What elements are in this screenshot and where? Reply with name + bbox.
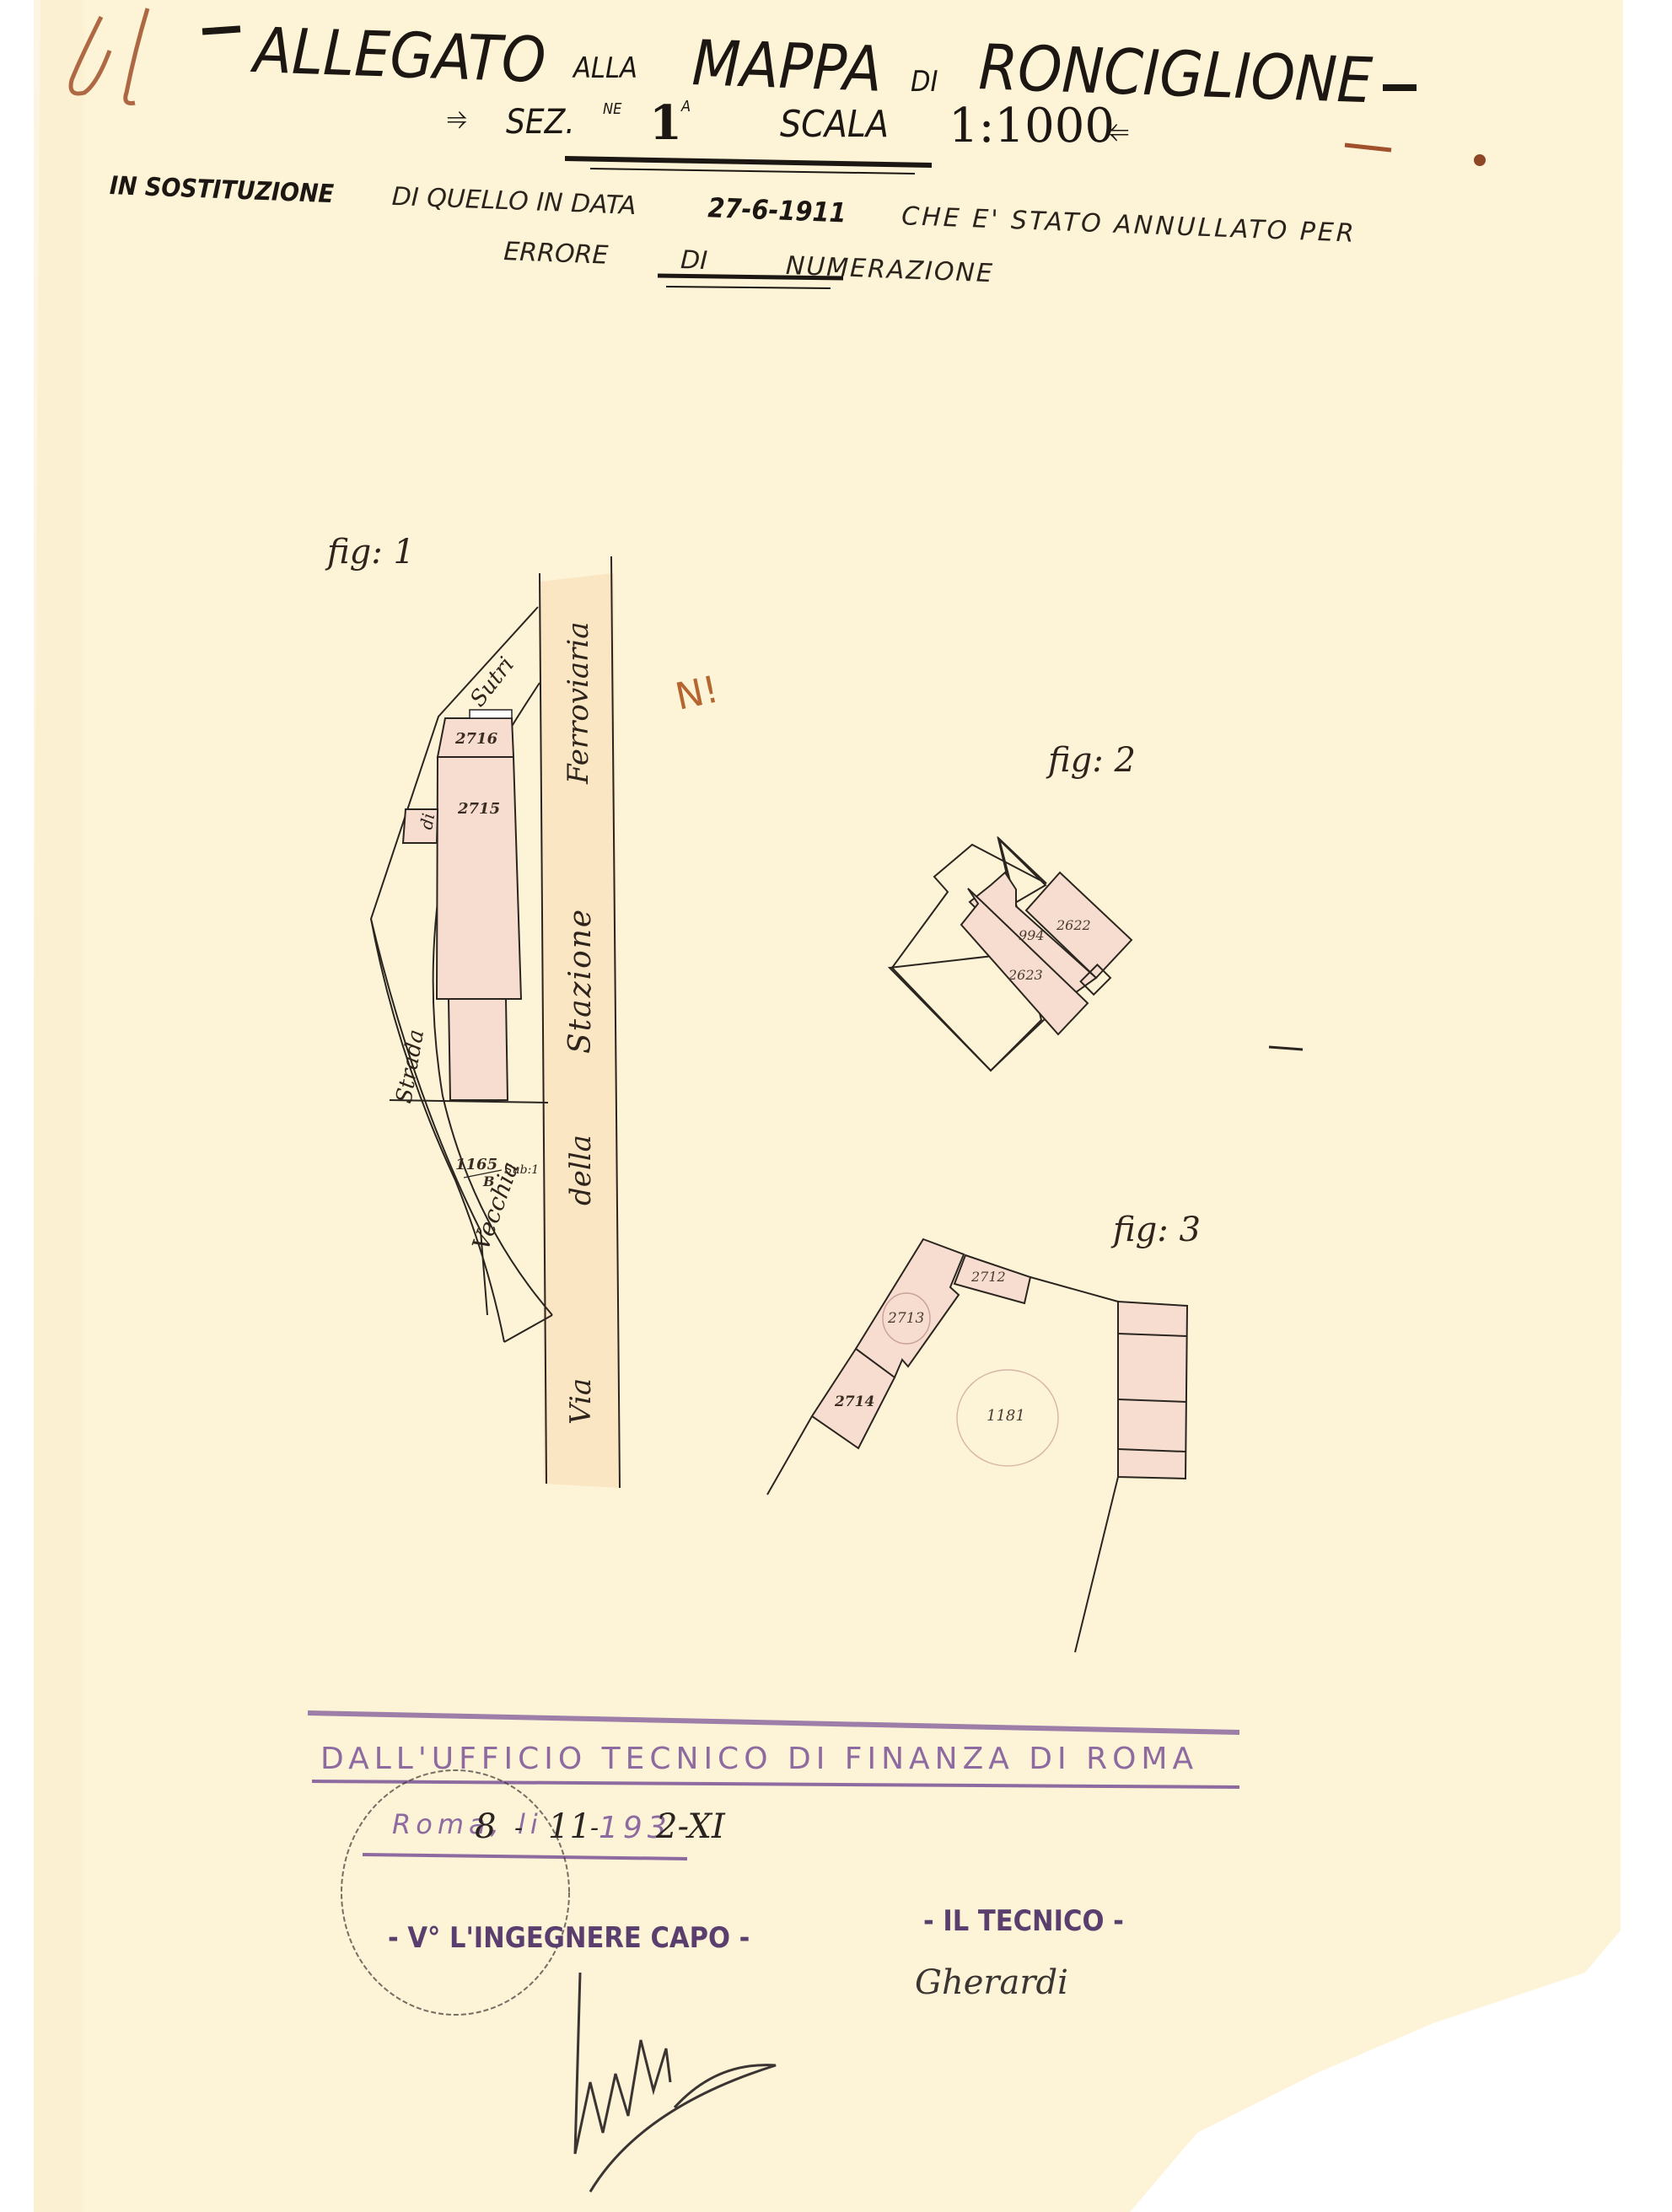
parcel-1181-label: 1181 — [987, 1407, 1025, 1425]
scale-label: SCALA — [780, 103, 889, 146]
stamp-date-day: 8 — [475, 1807, 496, 1846]
stamp-date-sep1: - — [514, 1813, 523, 1843]
stamp-office: DALL'UFFICIO TECNICO DI FINANZA DI ROMA — [320, 1742, 1198, 1776]
parcel-2715-label: 2715 — [457, 800, 500, 818]
section-value-sup: A — [680, 98, 691, 115]
parcel-2622-label: 2622 — [1056, 917, 1091, 933]
title-dash-right — [1383, 84, 1417, 91]
annotation-sub: Sub:1 — [504, 1163, 539, 1177]
title-mappa: MAPPA — [691, 27, 883, 106]
parcel-2716-stair — [470, 710, 512, 718]
technician-signature: Gherardi — [915, 1963, 1068, 2002]
paper-background — [34, 0, 1623, 2212]
margin-mark: N! — [672, 668, 723, 718]
stamp-date-year-typed: 2-XI — [655, 1807, 726, 1846]
stamp-date-sep2: - — [590, 1813, 599, 1843]
stamp-date-month: 11 — [548, 1807, 591, 1846]
chief-engineer-title: - V° L'INGEGNERE CAPO - — [388, 1921, 750, 1955]
title-allegato: ALLEGATO — [249, 14, 546, 97]
figure-2-label: fig: 2 — [1046, 741, 1136, 780]
street-via: Via — [564, 1378, 598, 1425]
figure-1-label: fig: 1 — [325, 533, 415, 572]
annotation-letter: B — [482, 1173, 495, 1189]
note-underline-1 — [658, 276, 843, 278]
parcel-2714-label: 2714 — [834, 1393, 874, 1410]
section-deco-left: ⥤ — [447, 104, 467, 133]
section-label: SEZ. — [506, 103, 575, 142]
cadastral-map-sheet: ALLEGATO ALLA MAPPA DI RONCIGLIONE ⥤ SEZ… — [0, 0, 1672, 2212]
section-value: 1 — [649, 95, 682, 151]
substitution-date: 27-6-1911 — [707, 191, 847, 228]
scale-value: 1:1000 — [949, 99, 1115, 153]
substitution-line2-b: DI — [680, 245, 707, 276]
parcel-2712-label: 2712 — [970, 1269, 1006, 1285]
technician-title: - IL TECNICO - — [923, 1904, 1124, 1938]
parcel-994-label: 994 — [1019, 927, 1045, 943]
section-sup: NE — [603, 100, 622, 118]
annotation-1165: 1165 — [455, 1156, 497, 1173]
street-della: della — [564, 1135, 598, 1205]
title-di: DI — [911, 65, 938, 99]
street-ferroviaria: Ferroviaria — [562, 621, 595, 785]
parcel-2716-label: 2716 — [454, 730, 498, 748]
parcel-2715 — [437, 757, 521, 999]
red-ink-dot — [1474, 154, 1486, 166]
section-deco-right: ⥢ — [1109, 116, 1129, 146]
parcel-lower — [449, 999, 508, 1100]
title-alla: ALLA — [572, 51, 637, 85]
paper-left-tint — [34, 0, 84, 2212]
street-di: di — [416, 812, 438, 831]
substitution-line2-a: ERRORE — [503, 237, 609, 271]
street-stazione: Stazione — [563, 908, 598, 1054]
parcel-2713-label: 2713 — [887, 1310, 924, 1327]
figure-3-label: fig: 3 — [1110, 1211, 1201, 1249]
parcel-2623-label: 2623 — [1008, 967, 1043, 983]
